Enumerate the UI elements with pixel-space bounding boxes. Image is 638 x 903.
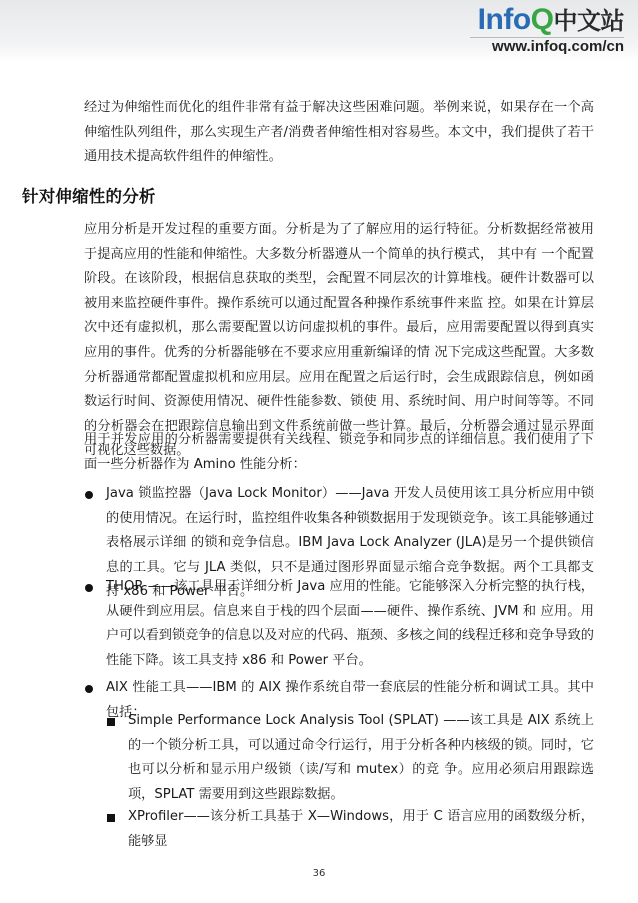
bullet-dot-icon [85,584,93,592]
bullet-dot-icon [85,685,93,693]
bullet-item-thor: THOR ——该工具用于详细分析 Java 应用的性能。它能够深入分析完整的执行… [106,575,594,673]
section-paragraph-2: 用于并发应用的分析器需要提供有关线程、锁竞争和同步点的详细信息。我们使用了下面一… [84,428,594,477]
bullet-dot-icon [85,491,93,499]
bullet-square-icon [107,718,115,726]
logo-wordmark: InfoQ中文站 [452,4,624,37]
sub-bullet-xprofiler: XProfiler——该分析工具基于 X—Windows，用于 C 语言应用的函… [128,805,594,854]
logo-info-text: Info [478,3,531,36]
logo-url: www.infoq.com/cn [470,37,624,55]
bullet-square-icon [107,814,115,822]
section-heading: 针对伸缩性的分析 [22,183,156,207]
page-number: 36 [0,868,638,879]
logo-cn-text: 中文站 [554,7,625,35]
logo-q-text: Q [531,3,554,36]
sub-bullet-splat: Simple Performance Lock Analysis Tool (S… [128,709,594,807]
infoq-logo: InfoQ中文站 www.infoq.com/cn [452,4,624,55]
intro-paragraph: 经过为伸缩性而优化的组件非常有益于解决这些困难问题。举例来说，如果存在一个高伸缩… [84,96,594,170]
